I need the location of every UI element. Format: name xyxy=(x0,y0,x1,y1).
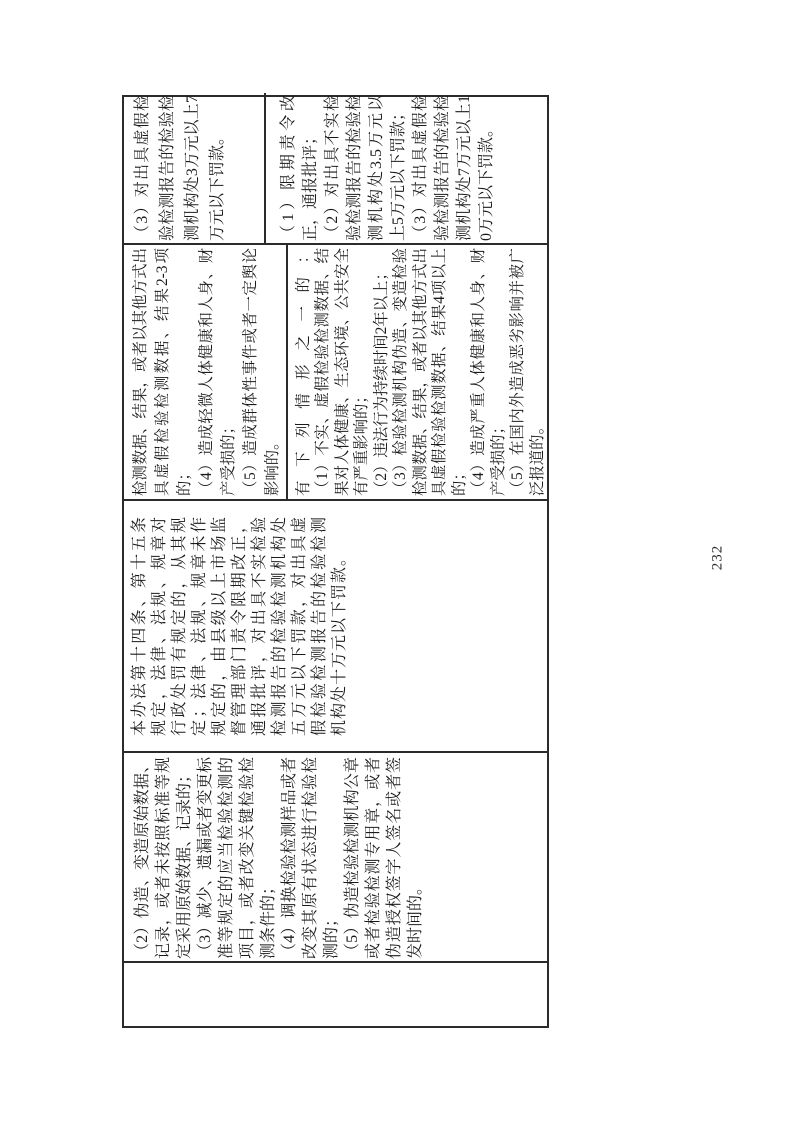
rotated-table: （2）伪造、变造原始数据、记录，或者未按照标准等规定采用原始数据、记录的； （3… xyxy=(122,95,549,1028)
table-cell-violations: （2）伪造、变造原始数据、记录，或者未按照标准等规定采用原始数据、记录的； （3… xyxy=(124,753,547,963)
table-cell-penalty-severe: （1）限期责令改正，通报批评； （2）对出具不实检验检测报告的检验检测机构处3.… xyxy=(266,93,547,243)
document-page: （2）伪造、变造原始数据、记录，或者未按照标准等规定采用原始数据、记录的； （3… xyxy=(0,0,793,1122)
paragraph: （4）造成轻微人体健康和人身、财产受损的； xyxy=(196,248,240,496)
table-column-penalty: （3）对出具虚假检验检测报告的检验检测机构处3万元以上7万元以下罚款。 （1）限… xyxy=(124,93,547,245)
table-cell-empty xyxy=(124,963,547,1026)
paragraph: （1）限期责令改正，通报批评； xyxy=(278,95,322,241)
paragraph: （2）违法行为持续时间2年以上； xyxy=(372,248,392,496)
page-number: 232 xyxy=(708,528,729,588)
paragraph: （3）减少、遗漏或者变更标准等规定的应当检验检测的项目，或者改变关键检验检测条件… xyxy=(195,757,279,959)
table-column-conditions: 检测数据、结果，或者以其他方式出具虚假检验检测数据、结果2-3项的； （4）造成… xyxy=(124,245,547,501)
paragraph: 检测数据、结果，或者以其他方式出具虚假检验检测数据、结果2-3项的； xyxy=(130,248,196,496)
paragraph: （3）对出具虚假检验检测报告的检验检测机构处7万元以上10万元以下罚款。 xyxy=(410,95,498,241)
paragraph: 有下列情形之一的： xyxy=(294,248,314,496)
paragraph: 本办法第十四条、第十五条规定，法律、法规、规章对行政处罚有规定的，从其规定；法律… xyxy=(130,516,350,736)
paragraph: （3）对出具虚假检验检测报告的检验检测机构处3万元以上7万元以下罚款。 xyxy=(130,95,230,241)
table-cell-penalty-moderate: （3）对出具虚假检验检测报告的检验检测机构处3万元以上7万元以下罚款。 xyxy=(124,93,266,243)
table-cell-legal-basis: 本办法第十四条、第十五条规定，法律、法规、规章对行政处罚有规定的，从其规定；法律… xyxy=(124,501,547,753)
paragraph: （4）造成严重人体健康和人身、财产受损的； xyxy=(469,248,508,496)
paragraph: （5）伪造检验检测机构公章或者检验检测专用章，或者伪造授权签字人签名或者签发时间… xyxy=(342,757,426,959)
paragraph: （4）调换检验检测样品或者改变其原有状态进行检验检测的； xyxy=(279,757,342,959)
paragraph: （2）伪造、变造原始数据、记录，或者未按照标准等规定采用原始数据、记录的； xyxy=(132,757,195,959)
table-cell-conditions-severe: 有下列情形之一的： （1）不实、虚假检验检测数据、结果对人体健康、生态环境、公共… xyxy=(288,245,547,499)
paragraph: （2）对出具不实检验检测报告的检验检测机构处3.5万元以上5万元以下罚款； xyxy=(322,95,410,241)
paragraph: （1）不实、虚假检验检测数据、结果对人体健康、生态环境、公共安全有严重影响的； xyxy=(313,248,372,496)
paragraph: （3）检验检测机构伪造、变造检验检测数据、结果，或者以其他方式出具虚假检验检测数… xyxy=(391,248,469,496)
paragraph: （5）在国内外造成恶劣影响并被广泛报道的。 xyxy=(508,248,547,496)
table-cell-conditions-moderate: 检测数据、结果，或者以其他方式出具虚假检验检测数据、结果2-3项的； （4）造成… xyxy=(124,245,288,499)
paragraph: （5）造成群体性事件或者一定舆论影响的。 xyxy=(240,248,284,496)
